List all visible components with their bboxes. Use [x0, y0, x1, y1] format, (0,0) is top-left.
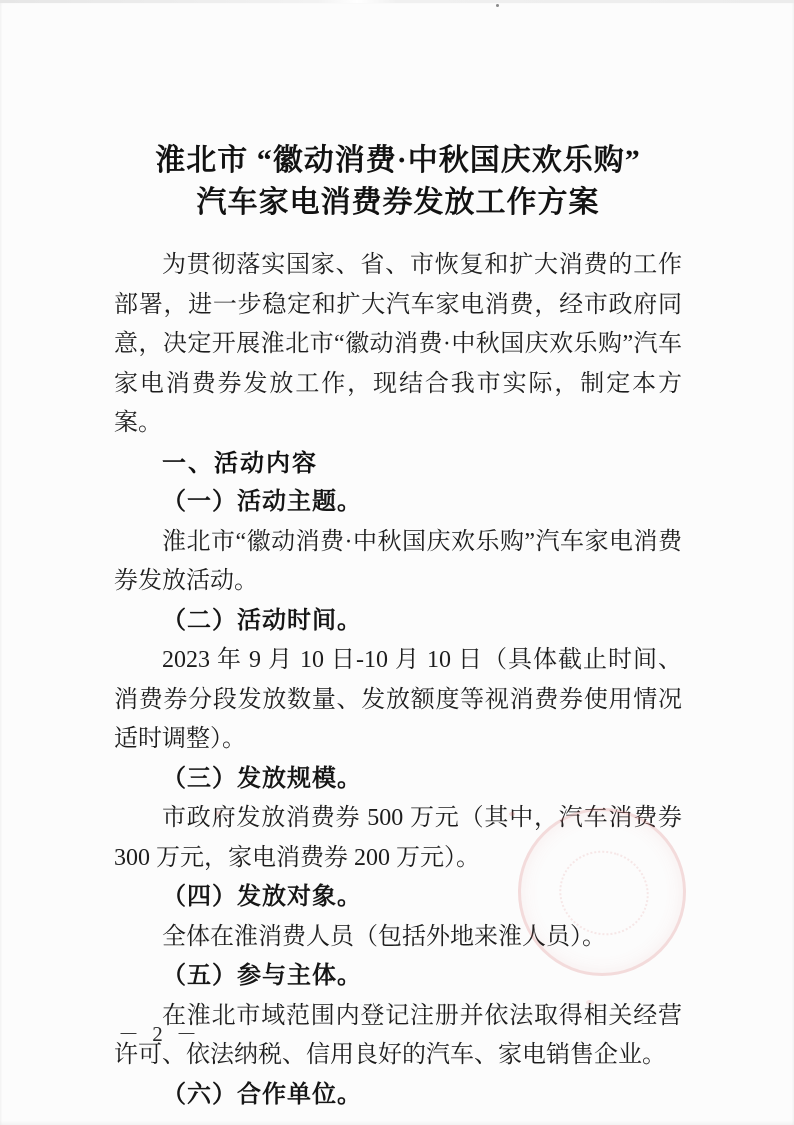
seal-ink-speckle [216, 811, 221, 815]
section-heading: （一）活动主题。 [114, 483, 682, 523]
paragraph: 淮北市“徽动消费·中秋国庆欢乐购”汽车家电消费券发放活动。 [114, 523, 682, 602]
seal-ink-speckle [509, 812, 515, 816]
scan-edge-artifact [0, 0, 794, 3]
document-title-line-1: 淮北市 “徽动消费·中秋国庆欢乐购” [114, 140, 682, 182]
official-seal-inner-mark [548, 839, 660, 947]
document-title-line-2: 汽车家电消费券发放工作方案 [114, 182, 682, 224]
section-heading: （三）发放规模。 [114, 760, 682, 800]
document-title: 淮北市 “徽动消费·中秋国庆欢乐购” 汽车家电消费券发放工作方案 [114, 140, 682, 224]
official-seal-stamp [518, 808, 686, 976]
document-body: 为贯彻落实国家、省、市恢复和扩大消费的工作部署，进一步稳定和扩大汽车家电消费，经… [114, 246, 682, 1115]
page-number: － 2 － [118, 1018, 201, 1048]
section-heading: 一、活动内容 [114, 444, 682, 484]
scan-dust-speck [496, 4, 499, 7]
section-heading: （六）合作单位。 [114, 1076, 682, 1116]
section-heading: （二）活动时间。 [114, 602, 682, 642]
document-page: 淮北市 “徽动消费·中秋国庆欢乐购” 汽车家电消费券发放工作方案 为贯彻落实国家… [0, 0, 794, 1125]
seal-ink-speckle [586, 1000, 594, 1005]
paragraph: 为贯彻落实国家、省、市恢复和扩大消费的工作部署，进一步稳定和扩大汽车家电消费，经… [114, 246, 682, 444]
paragraph: 2023 年 9 月 10 日-10 月 10 日（具体截止时间、消费券分段发放… [114, 641, 682, 760]
